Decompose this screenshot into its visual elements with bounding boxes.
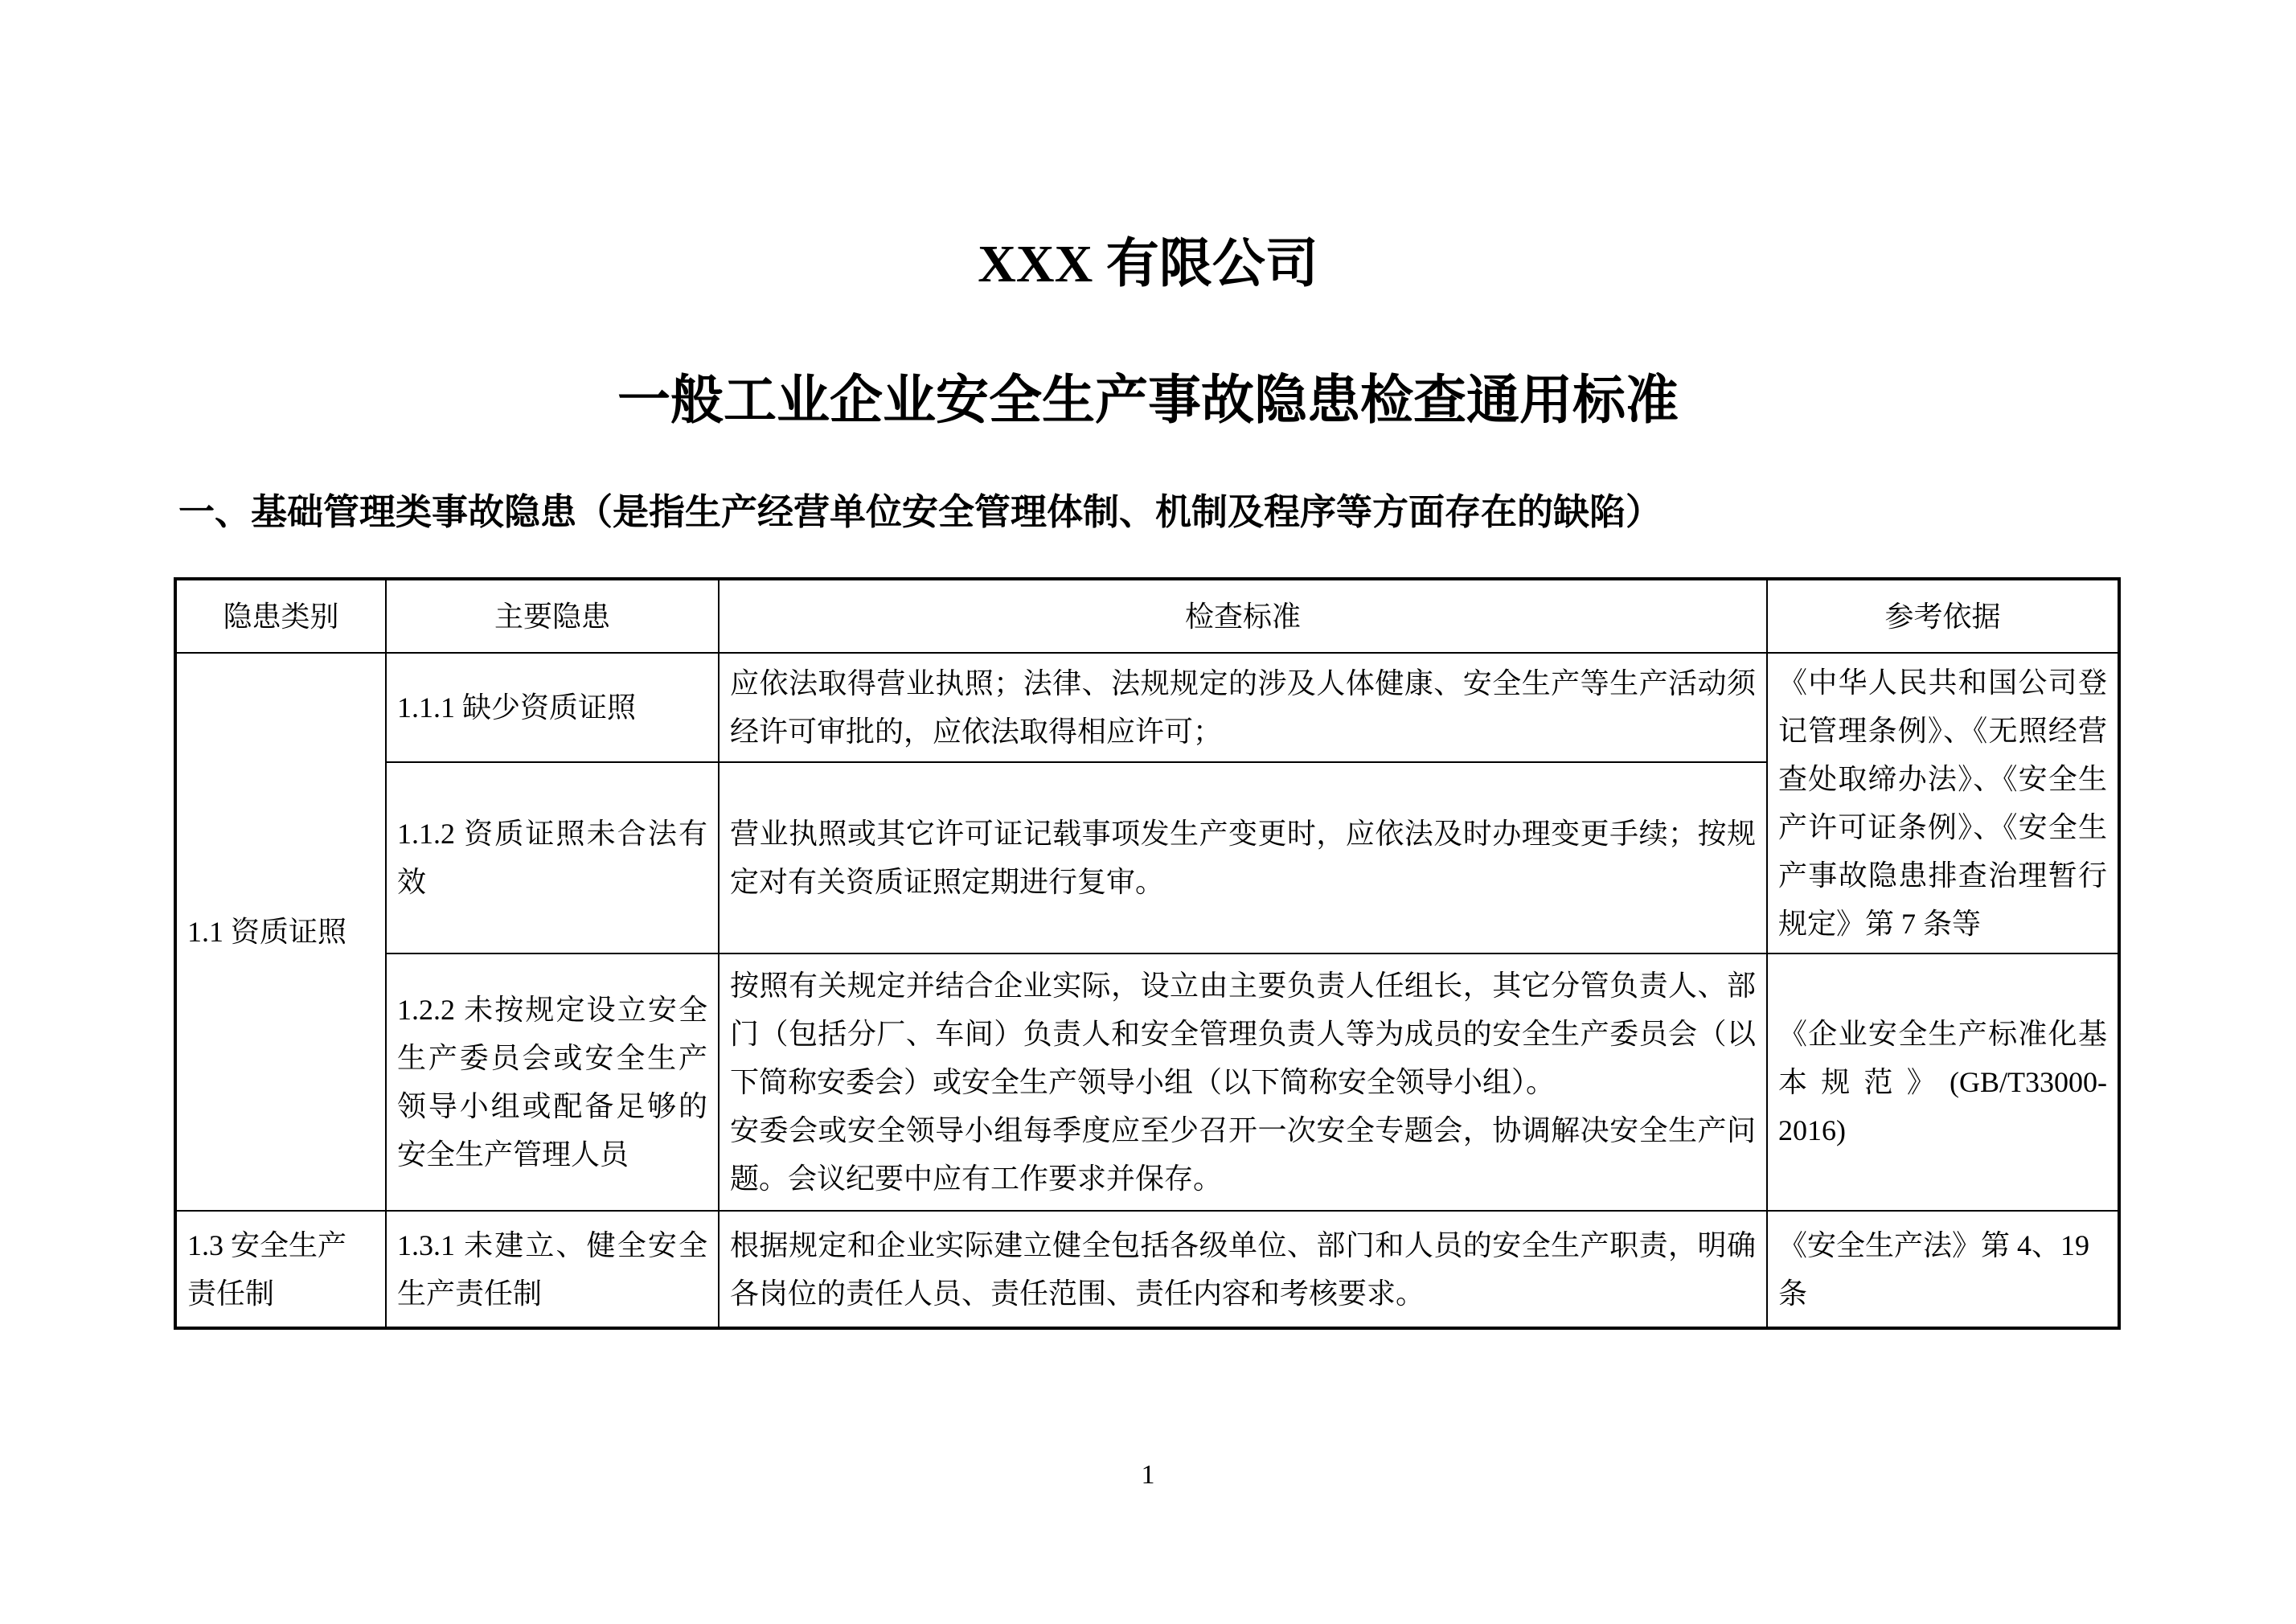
standard-cell-1-1-1: 应依法取得营业执照；法律、法规规定的涉及人体健康、安全生产等生产活动须经许可审批… [719, 653, 1767, 762]
page-number: 1 [0, 1462, 2296, 1489]
category-cell-1-1: 1.1 资质证照 [175, 653, 386, 1211]
document-page: XXX 有限公司 一般工业企业安全生产事故隐患检查通用标准 一、基础管理类事故隐… [0, 0, 2296, 1624]
standard-paragraph-2: 安委会或安全领导小组每季度应至少召开一次安全专题会，协调解决安全生产问题。会议纪… [730, 1106, 1756, 1203]
hazard-cell-1-1-2: 1.1.2 资质证照未合法有效 [386, 762, 719, 953]
table-header-row: 隐患类别 主要隐患 检查标准 参考依据 [175, 579, 2119, 653]
header-reference: 参考依据 [1767, 579, 2119, 653]
standard-paragraph-1: 按照有关规定并结合企业实际，设立由主要负责人任组长，其它分管负责人、部门（包括分… [730, 962, 1756, 1106]
table-row: 1.3 安全生产责任制 1.3.1 未建立、健全安全生产责任制 根据规定和企业实… [175, 1211, 2119, 1328]
hazard-cell-1-1-1: 1.1.1 缺少资质证照 [386, 653, 719, 762]
standard-cell-1-1-2: 营业执照或其它许可证记载事项发生产变更时，应依法及时办理变更手续；按规定对有关资… [719, 762, 1767, 953]
header-inspection-standard: 检查标准 [719, 579, 1767, 653]
standard-cell-1-2-2: 按照有关规定并结合企业实际，设立由主要负责人任组长，其它分管负责人、部门（包括分… [719, 953, 1767, 1211]
hazard-cell-1-2-2: 1.2.2 未按规定设立安全生产委员会或安全生产领导小组或配备足够的安全生产管理… [386, 953, 719, 1211]
section-heading: 一、基础管理类事故隐患（是指生产经营单位安全管理体制、机制及程序等方面存在的缺陷… [178, 494, 2124, 530]
reference-cell-1: 《中华人民共和国公司登记管理条例》、《无照经营查处取缔办法》、《安全生产许可证条… [1767, 653, 2119, 953]
table-row: 1.2.2 未按规定设立安全生产委员会或安全生产领导小组或配备足够的安全生产管理… [175, 953, 2119, 1211]
reference-cell-2: 《企业安全生产标准化基本规范》(GB/T33000-2016) [1767, 953, 2119, 1211]
reference-cell-3: 《安全生产法》第 4、19 条 [1767, 1211, 2119, 1328]
header-hazard-category: 隐患类别 [175, 579, 386, 653]
document-subtitle: 一般工业企业安全生产事故隐患检查通用标准 [0, 375, 2296, 428]
hazard-standard-table: 隐患类别 主要隐患 检查标准 参考依据 1.1 资质证照 1.1.1 缺少资质证… [174, 577, 2121, 1330]
hazard-cell-1-3-1: 1.3.1 未建立、健全安全生产责任制 [386, 1211, 719, 1328]
table-row: 1.1 资质证照 1.1.1 缺少资质证照 应依法取得营业执照；法律、法规规定的… [175, 653, 2119, 762]
header-main-hazard: 主要隐患 [386, 579, 719, 653]
standard-cell-1-3-1: 根据规定和企业实际建立健全包括各级单位、部门和人员的安全生产职责，明确各岗位的责… [719, 1211, 1767, 1328]
table-row: 隐患类别 主要隐患 检查标准 参考依据 [175, 579, 2119, 653]
document-title: XXX 有限公司 [0, 238, 2296, 291]
category-cell-1-3: 1.3 安全生产责任制 [175, 1211, 386, 1328]
